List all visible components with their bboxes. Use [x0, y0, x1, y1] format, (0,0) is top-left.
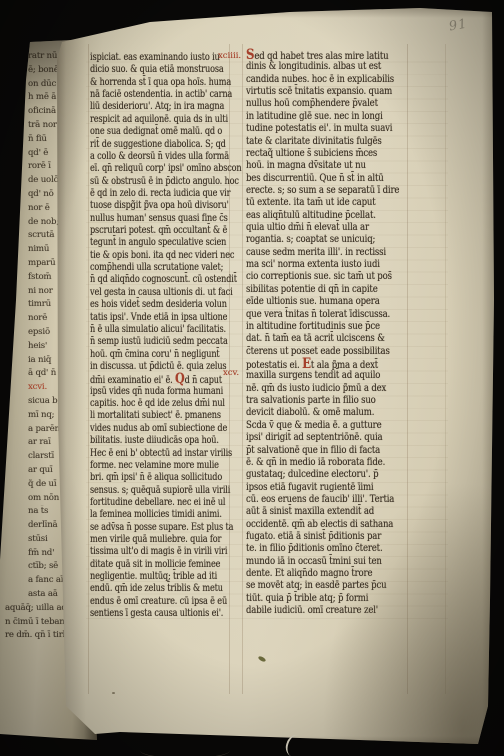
text-segment: t ala p̃ma a dext̄ — [311, 360, 378, 371]
manuscript-line: one sua dedignat̄ omē malū. qd o — [90, 126, 204, 138]
text-segment: bilitatis. iuste diiudicās opa hoū. — [90, 435, 219, 446]
fragment-text: rorē ī — [28, 161, 51, 171]
manuscript-line: hoū. qm̄ c̄mina coru' n̄ negligunt̄ — [90, 349, 204, 361]
text-segment: forme. nec velamine more mulie — [90, 460, 219, 471]
manuscript-line: gustataq; dulcedine electoru'. p̄ — [246, 469, 390, 481]
fragment-text: mī nq; — [28, 410, 54, 420]
text-segment: rogantia. s; coaptat se unicuiq; — [246, 234, 375, 245]
text-segment: in altitudine fortitudinis sue p̄ce — [246, 321, 380, 332]
text-segment: sū & obstrusū ē in p̄dicto angulo. hoc — [90, 176, 239, 187]
manuscript-line: dente. Et aliqn̄do magno t̄rore — [246, 568, 390, 580]
manuscript-line: capitis. hoc ē qd ide zelus dm̄i nul — [90, 398, 204, 410]
text-segment: sibilitas potentie di qn̄ in capite — [246, 284, 378, 295]
text-segment: men virile quā muliebre. quia for — [90, 534, 221, 545]
manuscript-line: ipsos etiā fugavit rugientē īimi — [246, 482, 390, 494]
fragment-text: a parēn — [28, 424, 60, 434]
manuscript-line: rit̄ de suggestione diabolica. S; qd — [90, 139, 204, 151]
manuscript-line: dabile iudiciū. omī creature zel' — [246, 605, 390, 617]
manuscript-line: tie & opis boni. ita qd nec videri nec — [90, 250, 204, 262]
fragment-text: om nōn — [28, 493, 59, 503]
text-segment: mundo iā in occasū t̄mini sui ten — [246, 556, 382, 567]
manuscript-line: maxilla surgens tendit̄ ad aquilo — [246, 370, 390, 382]
fragment-text: norē — [28, 313, 47, 323]
text-segment: fortitudine debellare. nec ei inē ul — [90, 497, 225, 508]
ink-smudge — [258, 655, 267, 662]
text-segment: tra salvationis parte in filio suo — [246, 395, 376, 406]
manuscript-line: ē qd in zelo di. recta iudicia que vir — [90, 188, 204, 200]
fragment-text: mparū — [28, 258, 55, 268]
fragment-text: fm̄ nd' — [28, 548, 54, 558]
folio-number: 91 — [448, 17, 469, 35]
manuscript-line: dat. n̄ tam̄ ea tā acrit̄ ulciscens & — [246, 333, 390, 345]
fragment-text: ar quī — [28, 465, 53, 475]
manuscript-line: ispiciat. eas examinando iusto iu — [90, 52, 204, 64]
manuscript-line: eīde ultionis sue. humana opera — [246, 296, 390, 308]
chapter-numeral-top: xciiii. — [218, 51, 241, 61]
text-segment: one sua dedignat̄ omē malū. qd o — [90, 126, 222, 137]
text-segment: occidentē. qm̄ ab electis di sathana — [246, 519, 393, 530]
fragment-text: a fanc aī — [28, 575, 63, 585]
manuscript-line: dinis & longitudinis. albas ut est — [246, 61, 390, 73]
text-segment: Scda v̄ que & media ē. a gutture — [246, 420, 382, 431]
fragment-text: timrū — [28, 299, 51, 309]
text-segment: n̄ qd aliqn̄do cognoscunt̄. cū ostendit̄ — [90, 274, 237, 285]
fragment-text: derlīnā — [28, 520, 57, 530]
text-segment: li mortalitati subiect' ē. pmanens — [90, 410, 221, 421]
fragment-text: na t̄s — [28, 506, 48, 516]
text-segment: cio correptionis sue. sic tam̄ ut pos̄ — [246, 271, 392, 282]
manuscript-line: occidentē. qm̄ ab electis di sathana — [246, 519, 390, 531]
manuscript-line: sibilitas potentie di qn̄ in capite — [246, 284, 390, 296]
text-segment: tate & claritate divinitatis fulgēs — [246, 136, 382, 147]
text-segment: ipsi' dirigit̄ ad septentriōnē. quia — [246, 432, 382, 443]
text-segment: n̄ semp iustū iudiciū sedm peccata — [90, 336, 228, 347]
fragment-text: sicua b; — [28, 396, 60, 406]
text-segment: ē qd in zelo di. recta iudicia que vir — [90, 188, 230, 199]
manuscript-line: que vera t̄nitas n̄ tolerat īdiscussa. — [246, 309, 390, 321]
text-segment: tiūt. quia p̄ t̄rible atq; p̄ formi — [246, 593, 368, 604]
manuscript-line: in latitudine glē sue. nec in longi — [246, 111, 390, 123]
manuscript-line: erecte. s; so sum a se separatū ī dire — [246, 185, 390, 197]
text-segment: nullus human' sensus quasi fine c̄s — [90, 213, 228, 224]
text-segment: ē. & qn̄ in medio iā roborata fide. — [246, 457, 385, 468]
manuscript-line: tudine potestatis ei'. in multa suavi — [246, 123, 390, 135]
manuscript-line: nē. qm̄ ds iusto iudicio p̃mū a dex — [246, 383, 390, 395]
text-segment: vel gesta in causa ultionis di. ut faci — [90, 287, 233, 298]
manuscript-line: aūt ā sinist̄ maxilla extendit̄ ad — [246, 506, 390, 518]
fragment-text: h mē ā — [28, 92, 56, 102]
text-segment: cū. eos eruens de faucib' illi'. Tertia — [246, 494, 394, 505]
manuscript-line: potestatis ei. Et ala p̃ma a dext̄ — [246, 358, 390, 370]
parchment-speck — [112, 692, 115, 694]
manuscript-line: a collo & deorsū n̄ vides ulla formā — [90, 151, 204, 163]
ruling-line-left — [88, 44, 89, 694]
text-segment: nā faciē ostendentia. in actib' carna — [90, 89, 232, 100]
text-segment: candida nubes. hoc ē in explicabilis — [246, 74, 394, 85]
text-segment: in latitudine glē sue. nec in longi — [246, 111, 383, 122]
fragment-text: stūsi — [28, 534, 48, 544]
manuscript-line: p̄t salvationē que in filio di facta — [246, 445, 390, 457]
text-segment: dicio suo. & quia etiā monstruosa — [90, 64, 224, 75]
text-segment: c̄terens ut posset eade possibilitas — [246, 346, 390, 357]
manuscript-line: se movēt atq; in easdē partes p̄cu — [246, 580, 390, 592]
text-segment: endus ē omī creature. cū ipsa ē eū — [90, 596, 227, 607]
facing-chapter-numeral: xcvi. — [28, 382, 47, 392]
manuscript-line: endū. qm̄ ide zelus t̄riblis & metu — [90, 583, 204, 595]
manuscript-line: tiūt. quia p̄ t̄rible atq; p̄ formi — [246, 593, 390, 605]
manuscript-line: forme. nec velamine more mulie — [90, 460, 204, 472]
text-segment: hoū. qm̄ c̄mina coru' n̄ negligunt̄ — [90, 349, 220, 360]
text-segment: te. in filio p̄ditionis omīno c̄teret. — [246, 543, 383, 554]
manuscript-line: mundo iā in occasū t̄mini sui ten — [246, 556, 390, 568]
manuscript-line: ma sci' norma extenta iusto iudi — [246, 259, 390, 271]
text-segment: nē. qm̄ ds iusto iudicio p̃mū a dex — [246, 383, 386, 394]
manuscript-line: nullus human' sensus quasi fine c̄s — [90, 213, 204, 225]
text-segment: quia ultio dm̄i n̄ elevat̄ ulla ar — [246, 222, 369, 233]
manuscript-line: vides nudus ab omī subiectione de — [90, 423, 204, 435]
manuscript-line: li mortalitati subiect' ē. pmanens — [90, 410, 204, 422]
fragment-text: ctīb; sē — [28, 561, 58, 571]
manuscript-line: rectaq̃ ultione s̄ subiciens m̄ces — [246, 148, 390, 160]
text-segment: n̄ ē ulla simulatio alicui' facilitatis. — [90, 324, 226, 335]
text-column-left: ispiciat. eas examinando iusto iudicio s… — [90, 52, 232, 621]
text-segment: ipsos etiā fugavit rugientē īimi — [246, 482, 373, 493]
fragment-text: ia niq̄ — [28, 355, 51, 365]
text-segment: ed qd habet tres alas mire latitu — [254, 51, 388, 62]
fragment-text: nimū — [28, 244, 49, 254]
manuscript-photo: { "document": { "folio_number": "91", "c… — [0, 0, 504, 756]
manuscript-line: negligentie. multūq; t̄rible ad iti — [90, 571, 204, 583]
text-segment: comp̄hendi ulla scrutatione valet; — [90, 262, 223, 273]
manuscript-line: sensus. s; quēquā supiorē ulla virili — [90, 485, 204, 497]
text-segment: dabile iudiciū. omī creature zel' — [246, 605, 378, 616]
fragment-text: qd' ē — [28, 148, 48, 158]
manuscript-line: bes discurrentiū. Que n̄ st̄ in altū — [246, 173, 390, 185]
manuscript-line: n̄ qd aliqn̄do cognoscunt̄. cū ostendit̄ — [90, 274, 204, 286]
text-segment: maxilla surgens tendit̄ ad aquilo — [246, 370, 380, 381]
text-segment: rectaq̃ ultione s̄ subiciens m̄ces — [246, 148, 377, 159]
text-segment: tissima ult'o di magis ē in virili viri — [90, 546, 227, 557]
text-segment: in discussa. ut p̄dictū ē. quia zelus — [90, 361, 226, 372]
manuscript-line: tuose dispg̃it p̃va opa hoū divisoru' — [90, 200, 204, 212]
manuscript-line: se adv̄sa n̄ posse supare. Est plus ta — [90, 522, 204, 534]
text-segment: & horrenda st̄ ī qua opa hoīs. huma — [90, 77, 231, 88]
fragment-text: de uolō — [28, 175, 59, 185]
manuscript-line: sū & obstrusū ē in p̄dicto angulo. hoc — [90, 176, 204, 188]
manuscript-line: quia ultio dm̄i n̄ elevat̄ ulla ar — [246, 222, 390, 234]
manuscript-line: respicit ad aquilonē. quia ds in ulti — [90, 114, 204, 126]
text-segment: tie & opis boni. ita qd nec videri nec — [90, 250, 234, 261]
text-segment: Hec ē eni b' obtectū ad instar virilis — [90, 448, 232, 459]
manuscript-line: c̄terens ut posset eade possibilitas — [246, 346, 390, 358]
text-segment: es hois videt̄ sedm desideria volun — [90, 299, 227, 310]
manuscript-line: cū. eos eruens de faucib' illi'. Tertia — [246, 494, 390, 506]
text-segment: d n̄ caput — [185, 375, 222, 386]
manuscript-line: eī. qn̄ reliquū corp' ipsi' omīno abscon — [90, 163, 204, 175]
text-segment: virtutis scē t̄nitatis expansio. quam — [246, 86, 392, 97]
text-segment: fugato. etiā ā sinist̄ p̄ditionis par — [246, 531, 381, 542]
text-segment: tuose dispg̃it p̃va opa hoū divisoru' — [90, 200, 229, 211]
fragment-text: ni nor — [28, 286, 53, 296]
manuscript-line: eas aliqn̄tulū altitudine p̄cellat. — [246, 210, 390, 222]
manuscript-line: in altitudine fortitudinis sue p̄ce — [246, 321, 390, 333]
manuscript-line: cause sedm merita illi'. in rectissi — [246, 247, 390, 259]
text-segment: capitis. hoc ē qd ide zelus dm̄i nul — [90, 398, 225, 409]
manuscript-line: nullus hoū comp̄hendere p̄valet — [246, 98, 390, 110]
fragment-text: re dm̄. qn̄ ī tirle — [5, 630, 70, 640]
manuscript-line: fugato. etiā ā sinist̄ p̄ditionis par — [246, 531, 390, 543]
manuscript-page: ispiciat. eas examinando iusto iudicio s… — [52, 6, 498, 750]
manuscript-line: nā faciē ostendentia. in actib' carna — [90, 89, 204, 101]
text-segment: endū. qm̄ ide zelus t̄riblis & metu — [90, 583, 223, 594]
text-segment: sensus. s; quēquā supiorē ulla virili — [90, 485, 230, 496]
manuscript-line: endus ē omī creature. cū ipsa ē eū — [90, 596, 204, 608]
fragment-text: q̃ de uī — [28, 479, 56, 489]
fragment-text: n̄ fiū — [28, 134, 47, 144]
fragment-text: scrutā — [28, 230, 54, 240]
manuscript-line: cio correptionis sue. sic tam̄ ut pos̄ — [246, 271, 390, 283]
text-segment: tatis ipsi'. Vnde etiā in ipsa ultione — [90, 312, 227, 323]
text-segment: se adv̄sa n̄ posse supare. Est plus ta — [90, 522, 233, 533]
manuscript-line: devicit diabolū. & omē malum. — [246, 407, 390, 419]
manuscript-line: ipsū vides qn̄ nuda forma humani — [90, 386, 204, 398]
text-segment: que vera t̄nitas n̄ tolerat īdiscussa. — [246, 309, 390, 320]
manuscript-line: men virile quā muliebre. quia for — [90, 534, 204, 546]
manuscript-line: Scda v̄ que & media ē. a gutture — [246, 420, 390, 432]
text-segment: hoū. in magna dv̄sitate ut nu — [246, 160, 366, 171]
fragment-text: fstom̄ — [28, 272, 51, 282]
manuscript-line: ē. & qn̄ in medio iā roborata fide. — [246, 457, 390, 469]
ruling-line-margin — [445, 44, 446, 694]
text-segment: dm̄i examinatio ei' ē. — [90, 375, 175, 386]
ruling-line-col2-left — [242, 44, 243, 694]
text-segment: aūt ā sinist̄ maxilla extendit̄ ad — [246, 506, 374, 517]
text-segment: ipsū vides qn̄ nuda forma humani — [90, 386, 223, 397]
manuscript-line: dicio suo. & quia etiā monstruosa — [90, 64, 204, 76]
manuscript-line: n̄ ē ulla simulatio alicui' facilitatis. — [90, 324, 204, 336]
manuscript-line: hoū. in magna dv̄sitate ut nu — [246, 160, 390, 172]
text-segment: dinis & longitudinis. albas ut est — [246, 61, 381, 72]
text-segment: sentiens ī gesta causa ultionis ei'. — [90, 608, 223, 619]
manuscript-line: dm̄i examinatio ei' ē. Qd n̄ caput — [90, 373, 204, 385]
manuscript-line: tatis ipsi'. Vnde etiā in ipsa ultione — [90, 312, 204, 324]
text-segment: bri. qm̄ ipsi' n̄ ē aliqua sollicitudo — [90, 472, 222, 483]
manuscript-line: fortitudine debellare. nec ei inē ul — [90, 497, 204, 509]
manuscript-line: Sed qd habet tres alas mire latitu — [246, 49, 390, 61]
text-segment: tegunt̄ in angulo speculative scien — [90, 237, 226, 248]
fragment-text: clarstī — [28, 451, 54, 461]
text-segment: tudine potestatis ei'. in multa suavi — [246, 123, 392, 134]
manuscript-line: tate & claritate divinitatis fulgēs — [246, 136, 390, 148]
manuscript-line: pscrutari potest. qm̄ occultant̄ & ē — [90, 225, 204, 237]
manuscript-line: & horrenda st̄ ī qua opa hoīs. huma — [90, 77, 204, 89]
text-column-right: Sed qd habet tres alas mire latitudinis … — [246, 49, 418, 618]
chapter-numeral-middle: xcv. — [223, 368, 239, 378]
manuscript-line: tra salvationis parte in filio suo — [246, 395, 390, 407]
text-segment: eīde ultionis sue. humana opera — [246, 296, 380, 307]
manuscript-line: liū desiderioru'. Atq; in ira magna — [90, 101, 204, 113]
manuscript-line: tū extente. ita tam̄ ut ide caput — [246, 197, 390, 209]
text-segment: pscrutari potest. qm̄ occultant̄ & ē — [90, 225, 227, 236]
text-segment: a collo & deorsū n̄ vides ulla formā — [90, 151, 229, 162]
fragment-text: asta aā — [28, 589, 58, 599]
manuscript-line: in discussa. ut p̄dictū ē. quia zelus — [90, 361, 204, 373]
text-segment: liū desiderioru'. Atq; in ira magna — [90, 101, 224, 112]
text-segment: ditate quā sit in mollicie feminee — [90, 559, 220, 570]
text-segment: dat. n̄ tam̄ ea tā acrit̄ ulciscens & — [246, 333, 385, 344]
text-segment: cause sedm merita illi'. in rectissi — [246, 247, 386, 258]
manuscript-line: la feminea mollicies timidi animi. — [90, 509, 204, 521]
manuscript-line: te. in filio p̄ditionis omīno c̄teret. — [246, 543, 390, 555]
text-segment: devicit diabolū. & omē malum. — [246, 407, 374, 418]
manuscript-line: virtutis scē t̄nitatis expansio. quam — [246, 86, 390, 98]
fragment-text: ratr nū — [28, 51, 57, 61]
manuscript-line: vel gesta in causa ultionis di. ut faci — [90, 287, 204, 299]
fragment-text: aquāq̄; uilla ad' — [5, 603, 69, 613]
text-segment: negligentie. multūq; t̄rible ad iti — [90, 571, 217, 582]
manuscript-line: comp̄hendi ulla scrutatione valet; — [90, 262, 204, 274]
fragment-text: ā qd' n̄ — [28, 368, 56, 378]
fragment-text: nor ē — [28, 203, 50, 213]
book-edge-streak — [140, 742, 230, 756]
fragment-text: qd' nō — [28, 189, 54, 199]
fragment-text: ar raī — [28, 437, 51, 447]
manuscript-line: candida nubes. hoc ē in explicabilis — [246, 74, 390, 86]
text-segment: eī. qn̄ reliquū corp' ipsi' omīno abscon — [90, 163, 242, 174]
text-segment: ispiciat. eas examinando iusto iu — [90, 52, 220, 63]
text-segment: p̄t salvationē que in filio di facta — [246, 445, 380, 456]
text-segment: se movēt atq; in easdē partes p̄cu — [246, 580, 386, 591]
manuscript-line: tegunt̄ in angulo speculative scien — [90, 237, 204, 249]
text-segment: ma sci' norma extenta iusto iudi — [246, 259, 380, 270]
fragment-text: trā nor — [28, 120, 57, 130]
text-segment: tū extente. ita tam̄ ut ide caput — [246, 197, 376, 208]
text-segment: rit̄ de suggestione diabolica. S; qd — [90, 139, 226, 150]
text-segment: dente. Et aliqn̄do magno t̄rore — [246, 568, 372, 579]
fragment-text: heis' — [28, 341, 47, 351]
manuscript-line: es hois videt̄ sedm desideria volun — [90, 299, 204, 311]
manuscript-line: ipsi' dirigit̄ ad septentriōnē. quia — [246, 432, 390, 444]
fragment-text: epsiō — [28, 327, 50, 337]
manuscript-line: rogantia. s; coaptat se unicuiq; — [246, 234, 390, 246]
fragment-text: de nob; — [28, 217, 59, 227]
text-segment: potestatis ei. — [246, 360, 302, 371]
manuscript-line: Hec ē eni b' obtectū ad instar virilis — [90, 448, 204, 460]
text-segment: nullus hoū comp̄hendere p̄valet — [246, 98, 378, 109]
text-segment: erecte. s; so sum a se separatū ī dire — [246, 185, 399, 196]
manuscript-line: bri. qm̄ ipsi' n̄ ē aliqua sollicitudo — [90, 472, 204, 484]
text-segment: bes discurrentiū. Que n̄ st̄ in altū — [246, 173, 384, 184]
text-segment: respicit ad aquilonē. quia ds in ulti — [90, 114, 228, 125]
manuscript-line: bilitatis. iuste diiudicās opa hoū. — [90, 435, 204, 447]
manuscript-line: tissima ult'o di magis ē in virili viri — [90, 546, 204, 558]
text-segment: vides nudus ab omī subiectione de — [90, 423, 227, 434]
text-segment: eas aliqn̄tulū altitudine p̄cellat. — [246, 210, 376, 221]
manuscript-line: n̄ semp iustū iudiciū sedm peccata — [90, 336, 204, 348]
manuscript-line: sentiens ī gesta causa ultionis ei'. — [90, 608, 204, 620]
text-segment: la feminea mollicies timidi animi. — [90, 509, 222, 520]
text-segment: gustataq; dulcedine electoru'. p̄ — [246, 469, 378, 480]
manuscript-line: ditate quā sit in mollicie feminee — [90, 559, 204, 571]
